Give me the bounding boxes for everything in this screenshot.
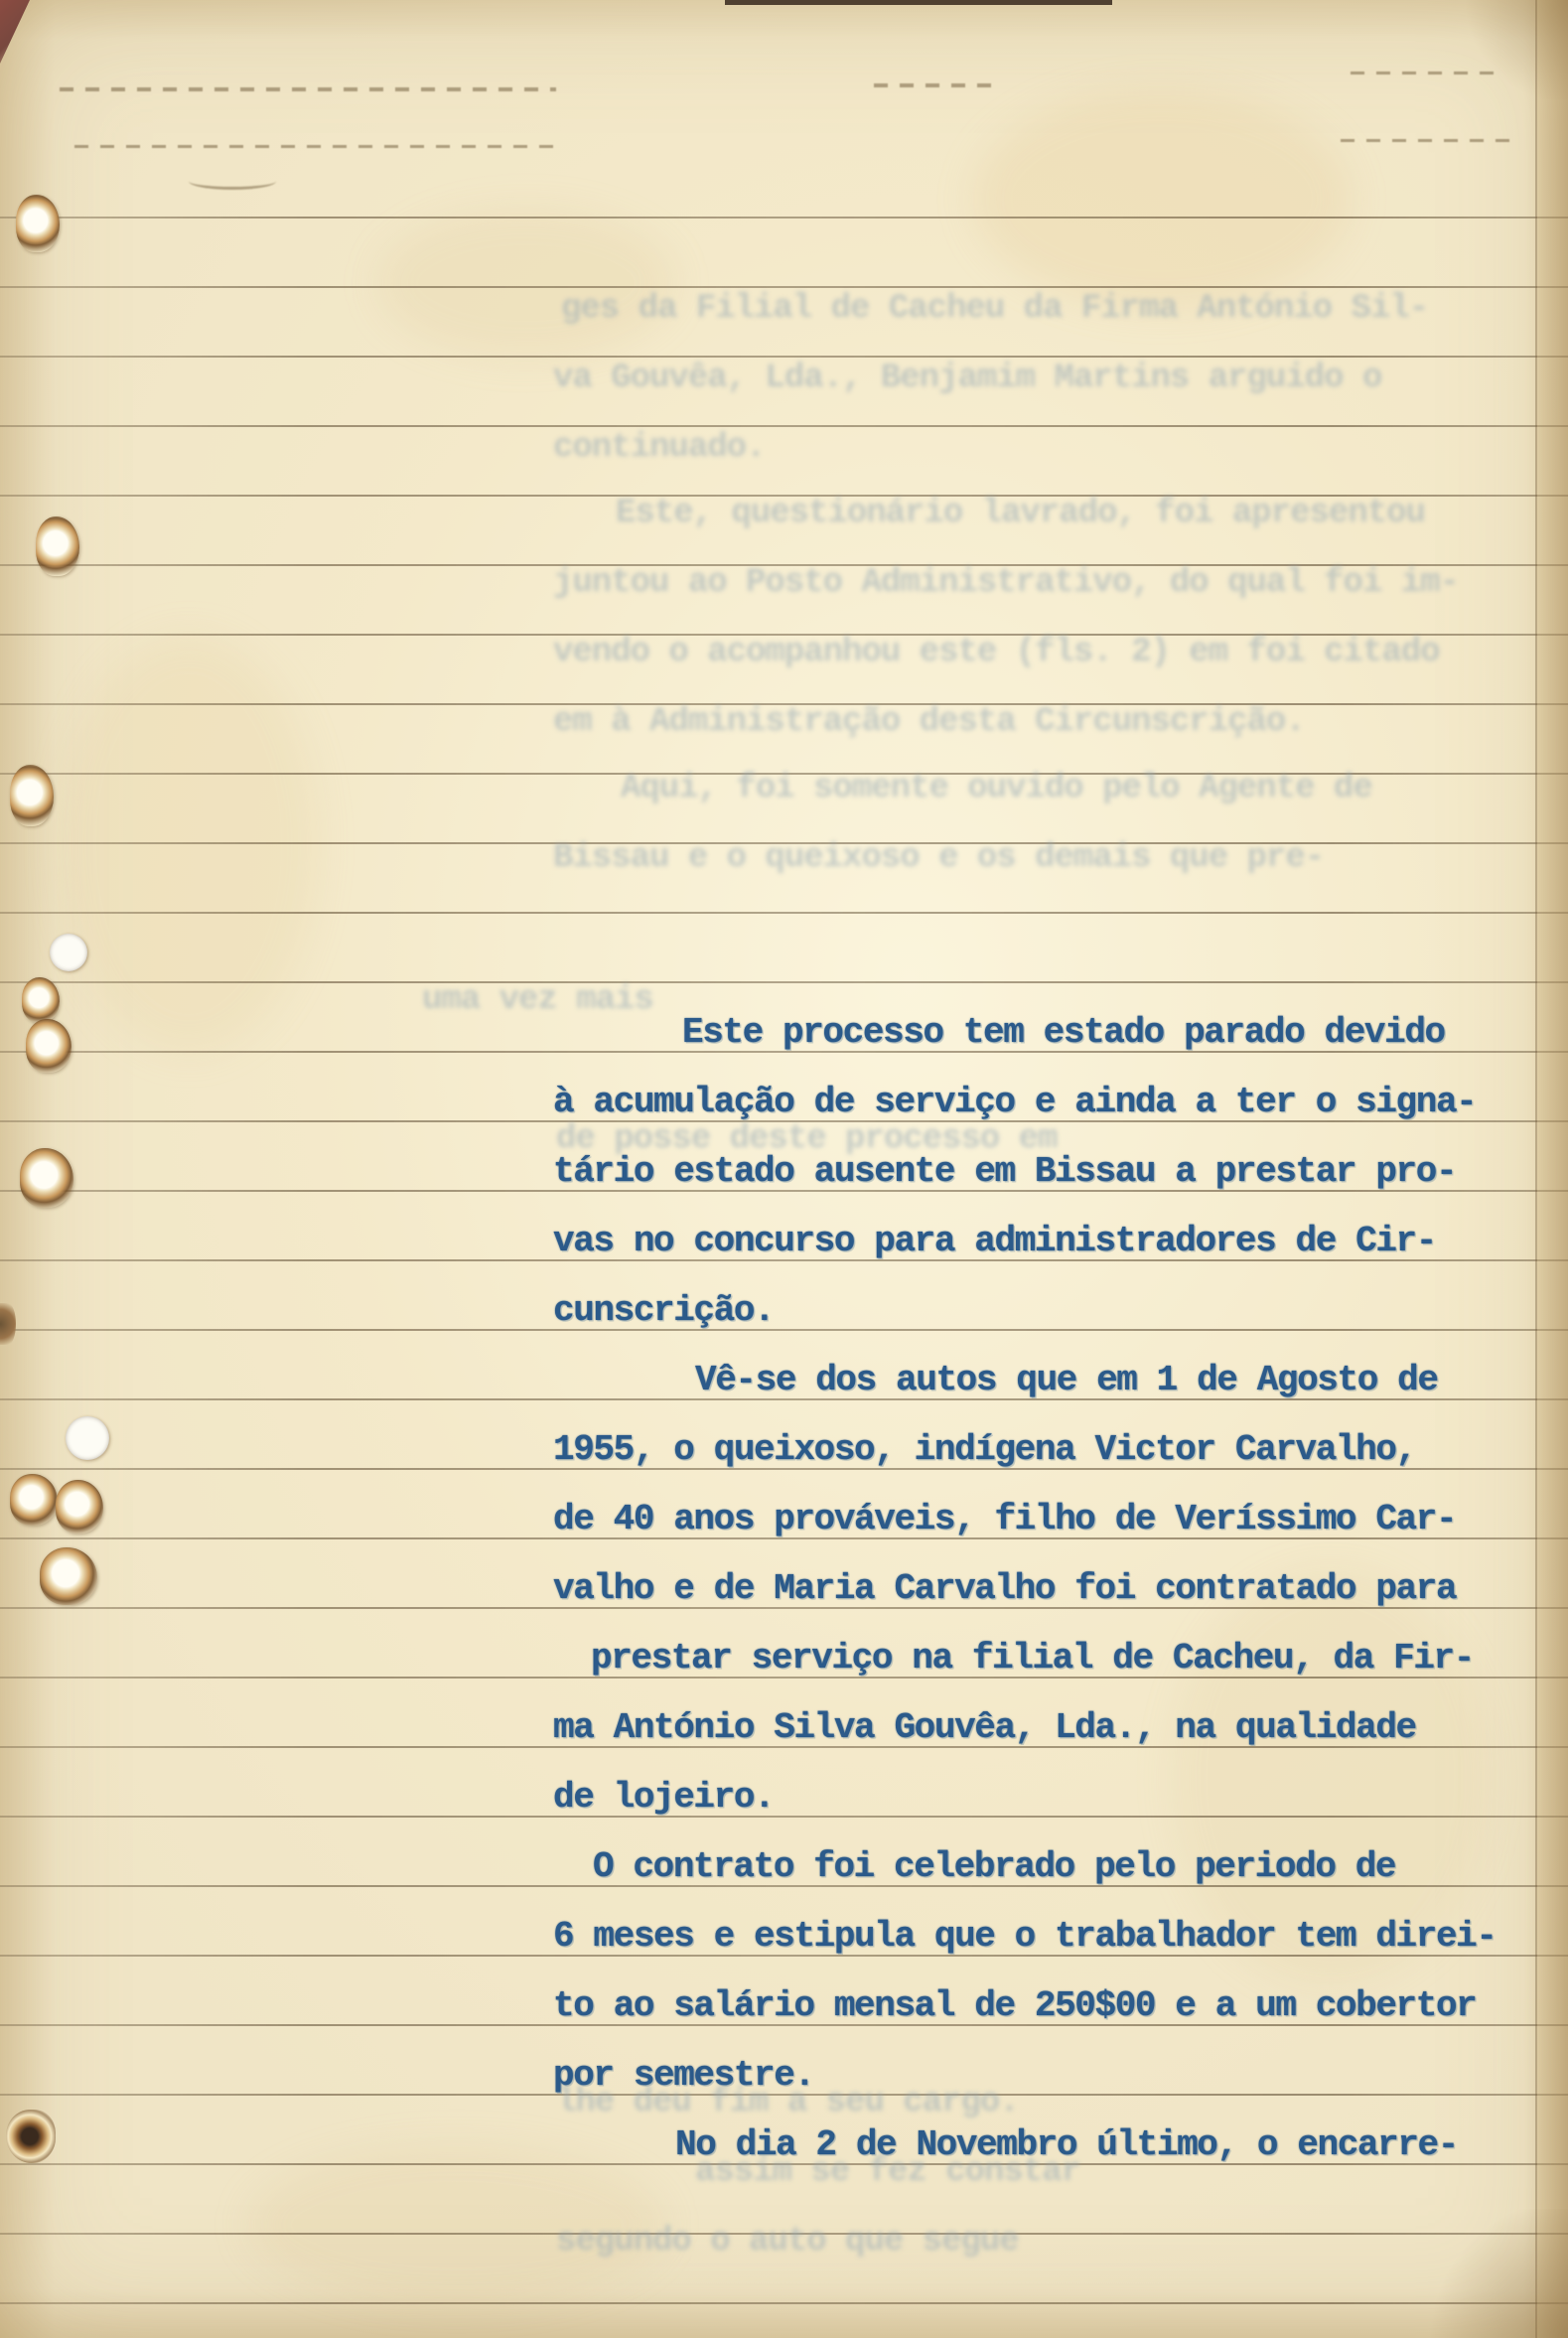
paper-stain xyxy=(377,209,675,358)
typed-line: de lojeiro. xyxy=(553,1763,1526,1832)
scan-edge-mark xyxy=(725,0,1112,5)
typed-line: valho e de Maria Carvalho foi contratado… xyxy=(553,1554,1526,1624)
ghost-bleedthrough-line: ges da Filial de Cacheu da Firma António… xyxy=(561,290,1428,328)
scanned-document: { "document": { "type": "typewritten arc… xyxy=(0,0,1568,2338)
typed-line: tário estado ausente em Bissau a prestar… xyxy=(553,1137,1526,1207)
punch-hole xyxy=(66,1416,109,1460)
typed-line: por semestre. xyxy=(553,2041,1526,2111)
paper-hole xyxy=(10,1474,58,1526)
ghost-bleedthrough-line: Bissau e o queixoso e os demais que pre- xyxy=(553,839,1324,877)
typed-line: à acumulação de serviço e ainda a ter o … xyxy=(553,1068,1526,1137)
ghost-bleedthrough-line: Este, questionário lavrado, foi apresent… xyxy=(616,495,1425,532)
ghost-bleedthrough-line: continuado. xyxy=(553,429,765,467)
paper-hole xyxy=(36,516,79,576)
typed-line: O contrato foi celebrado pelo periodo de xyxy=(553,1832,1526,1902)
paper-hole xyxy=(0,1303,16,1345)
typed-line: Vê-se dos autos que em 1 de Agosto de xyxy=(553,1346,1526,1415)
corner-ink-mark xyxy=(0,0,30,64)
ghost-bleedthrough-line: em à Administração desta Circunscrição. xyxy=(553,703,1305,741)
pencil-mark xyxy=(1341,139,1514,142)
paper-hole xyxy=(20,1148,73,1208)
ghost-bleedthrough-line: Aqui, foi somente ouvido pelo Agente de xyxy=(621,770,1372,807)
ghost-bleedthrough-line: vendo o acompanhou este (fls. 2) em foi … xyxy=(553,634,1440,671)
paper-hole xyxy=(10,765,54,826)
typed-line: to ao salário mensal de 250$00 e a um co… xyxy=(553,1972,1526,2041)
paper-stain xyxy=(973,89,1351,308)
pencil-mark xyxy=(1351,72,1499,74)
paper-hole xyxy=(22,977,60,1023)
pencil-mark xyxy=(189,173,276,190)
pencil-mark xyxy=(874,83,1003,87)
paper-hole xyxy=(26,1019,71,1073)
paper-hole xyxy=(16,195,60,252)
typed-text-block: Este processo tem estado parado devidoà … xyxy=(553,998,1526,2180)
paper-page: ges da Filial de Cacheu da Firma António… xyxy=(0,0,1568,2338)
punch-hole xyxy=(50,934,87,971)
pencil-mark xyxy=(74,145,561,148)
typed-line: 6 meses e estipula que o trabalhador tem… xyxy=(553,1902,1526,1972)
pencil-mark xyxy=(60,87,556,91)
paper-hole xyxy=(6,2110,56,2163)
typed-line: de 40 anos prováveis, filho de Veríssimo… xyxy=(553,1485,1526,1554)
typed-line: ma António Silva Gouvêa, Lda., na qualid… xyxy=(553,1693,1526,1763)
paper-hole xyxy=(40,1547,97,1605)
typed-line: vas no concurso para administradores de … xyxy=(553,1207,1526,1276)
typed-line: No dia 2 de Novembro último, o encarre- xyxy=(553,2111,1526,2180)
typed-line: Este processo tem estado parado devido xyxy=(553,998,1526,1068)
paper-stain xyxy=(60,636,318,1053)
ghost-bleedthrough-line: segundo o auto que segue xyxy=(556,2223,1019,2261)
paper-hole xyxy=(56,1480,103,1534)
typed-line: prestar serviço na filial de Cacheu, da … xyxy=(553,1624,1526,1693)
typed-line: cunscrição. xyxy=(553,1276,1526,1346)
typed-line: 1955, o queixoso, indígena Victor Carval… xyxy=(553,1415,1526,1485)
paper-edge-shading xyxy=(1537,0,1568,2338)
ghost-bleedthrough-line: juntou ao Posto Administrativo, do qual … xyxy=(553,564,1459,602)
ghost-bleedthrough-line: va Gouvêa, Lda., Benjamim Martins arguid… xyxy=(553,360,1381,397)
